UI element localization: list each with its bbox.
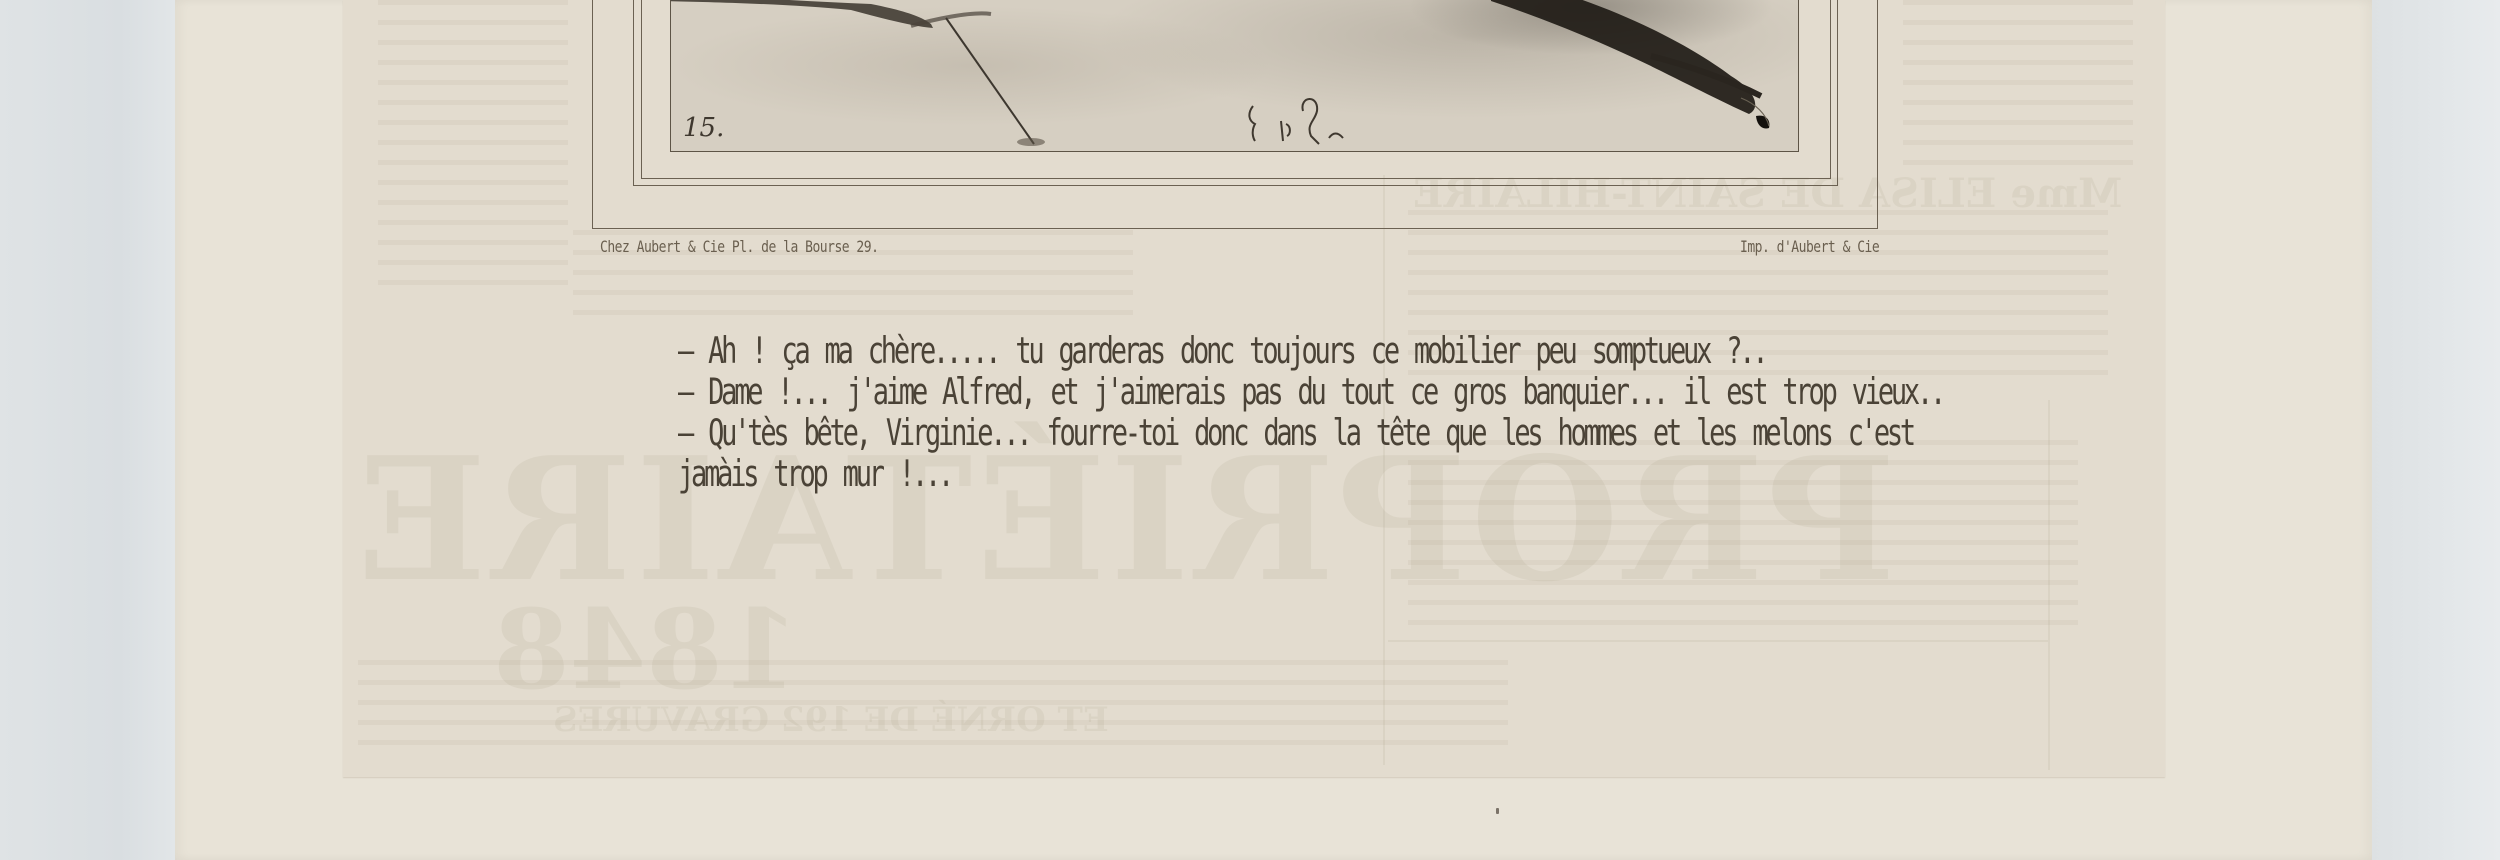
lithograph-print: PROPRIÉTAIRE 1848 Mme ELISA DE SAINT-HIL…: [343, 0, 2165, 777]
bleed-through-text-left: [378, 0, 568, 300]
bleed-through-year: 1848: [493, 585, 799, 714]
bleed-through-column-rule-2: [2048, 400, 2050, 770]
bleed-through-text-lower-left: [358, 660, 1508, 760]
svg-text:15.: 15.: [683, 113, 724, 143]
mat-mark: [1496, 808, 1499, 814]
lithograph-drawing: 15.: [670, 0, 1799, 152]
plate-number-15: 15.: [683, 113, 724, 143]
bleed-through-text-right: [1903, 0, 2133, 180]
drawing-strokes: 15.: [671, 0, 1798, 151]
caption-line-4: jamàis trop mur !...: [678, 447, 1898, 502]
publisher-credit: Chez Aubert & Cie Pl. de la Bourse 29.: [600, 238, 878, 257]
wall-right: [2372, 0, 2500, 860]
artist-signature-mark: [1249, 99, 1343, 144]
bleed-through-row-rule: [1388, 640, 2048, 642]
bleed-through-subtitle: ET ORNÉ DE 192 GRAVURES: [553, 700, 1109, 740]
printer-credit: Imp. d'Aubert & Cie: [1740, 238, 1879, 257]
caption-dialogue: – Ah ! ça ma chère..... tu garderas donc…: [678, 324, 1898, 488]
